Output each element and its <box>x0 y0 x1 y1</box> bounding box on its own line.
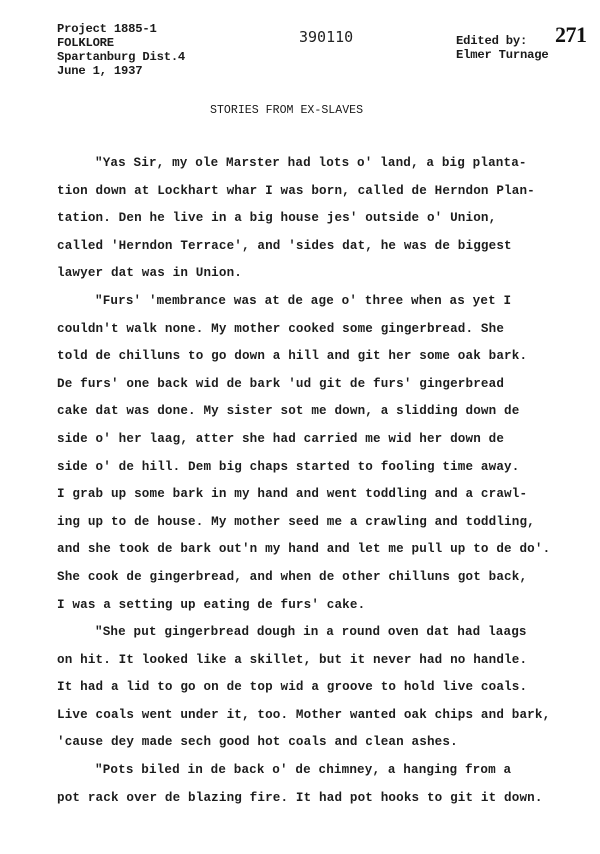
text-line: and she took de bark out'n my hand and l… <box>57 539 597 567</box>
project-district: Spartanburg Dist.4 <box>57 50 185 64</box>
text-line: "Yas Sir, my ole Marster had lots o' lan… <box>57 153 597 181</box>
text-line: 'cause dey made sech good hot coals and … <box>57 732 597 760</box>
text-line: "Furs' 'membrance was at de age o' three… <box>57 291 597 319</box>
document-body: "Yas Sir, my ole Marster had lots o' lan… <box>57 153 597 815</box>
text-line: I was a setting up eating de furs' cake. <box>57 595 597 623</box>
project-number: Project 1885-1 <box>57 22 185 36</box>
document-page: Project 1885-1 FOLKLORE Spartanburg Dist… <box>0 0 600 854</box>
text-line: "She put gingerbread dough in a round ov… <box>57 622 597 650</box>
text-line: It had a lid to go on de top wid a groov… <box>57 677 597 705</box>
text-line: She cook de gingerbread, and when de oth… <box>57 567 597 595</box>
text-line: ing up to de house. My mother seed me a … <box>57 512 597 540</box>
text-line: lawyer dat was in Union. <box>57 263 597 291</box>
project-category: FOLKLORE <box>57 36 185 50</box>
editor-block: Edited by: Elmer Turnage <box>456 34 548 62</box>
text-line: pot rack over de blazing fire. It had po… <box>57 788 597 816</box>
edited-by-label: Edited by: <box>456 34 548 48</box>
text-line: I grab up some bark in my hand and went … <box>57 484 597 512</box>
text-line: tion down at Lockhart whar I was born, c… <box>57 181 597 209</box>
text-line: couldn't walk none. My mother cooked som… <box>57 319 597 347</box>
text-line: De furs' one back wid de bark 'ud git de… <box>57 374 597 402</box>
document-number: 390110 <box>299 28 353 46</box>
document-title: STORIES FROM EX-SLAVES <box>210 104 363 117</box>
text-line: "Pots biled in de back o' de chimney, a … <box>57 760 597 788</box>
text-line: side o' de hill. Dem big chaps started t… <box>57 457 597 485</box>
text-line: told de chilluns to go down a hill and g… <box>57 346 597 374</box>
text-line: Live coals went under it, too. Mother wa… <box>57 705 597 733</box>
text-line: cake dat was done. My sister sot me down… <box>57 401 597 429</box>
text-line: tation. Den he live in a big house jes' … <box>57 208 597 236</box>
text-line: called 'Herndon Terrace', and 'sides dat… <box>57 236 597 264</box>
page-number: 271 <box>555 22 587 48</box>
project-date: June 1, 1937 <box>57 64 185 78</box>
editor-name: Elmer Turnage <box>456 48 548 62</box>
text-line: on hit. It looked like a skillet, but it… <box>57 650 597 678</box>
text-line: side o' her laag, atter she had carried … <box>57 429 597 457</box>
project-info-block: Project 1885-1 FOLKLORE Spartanburg Dist… <box>57 22 185 78</box>
